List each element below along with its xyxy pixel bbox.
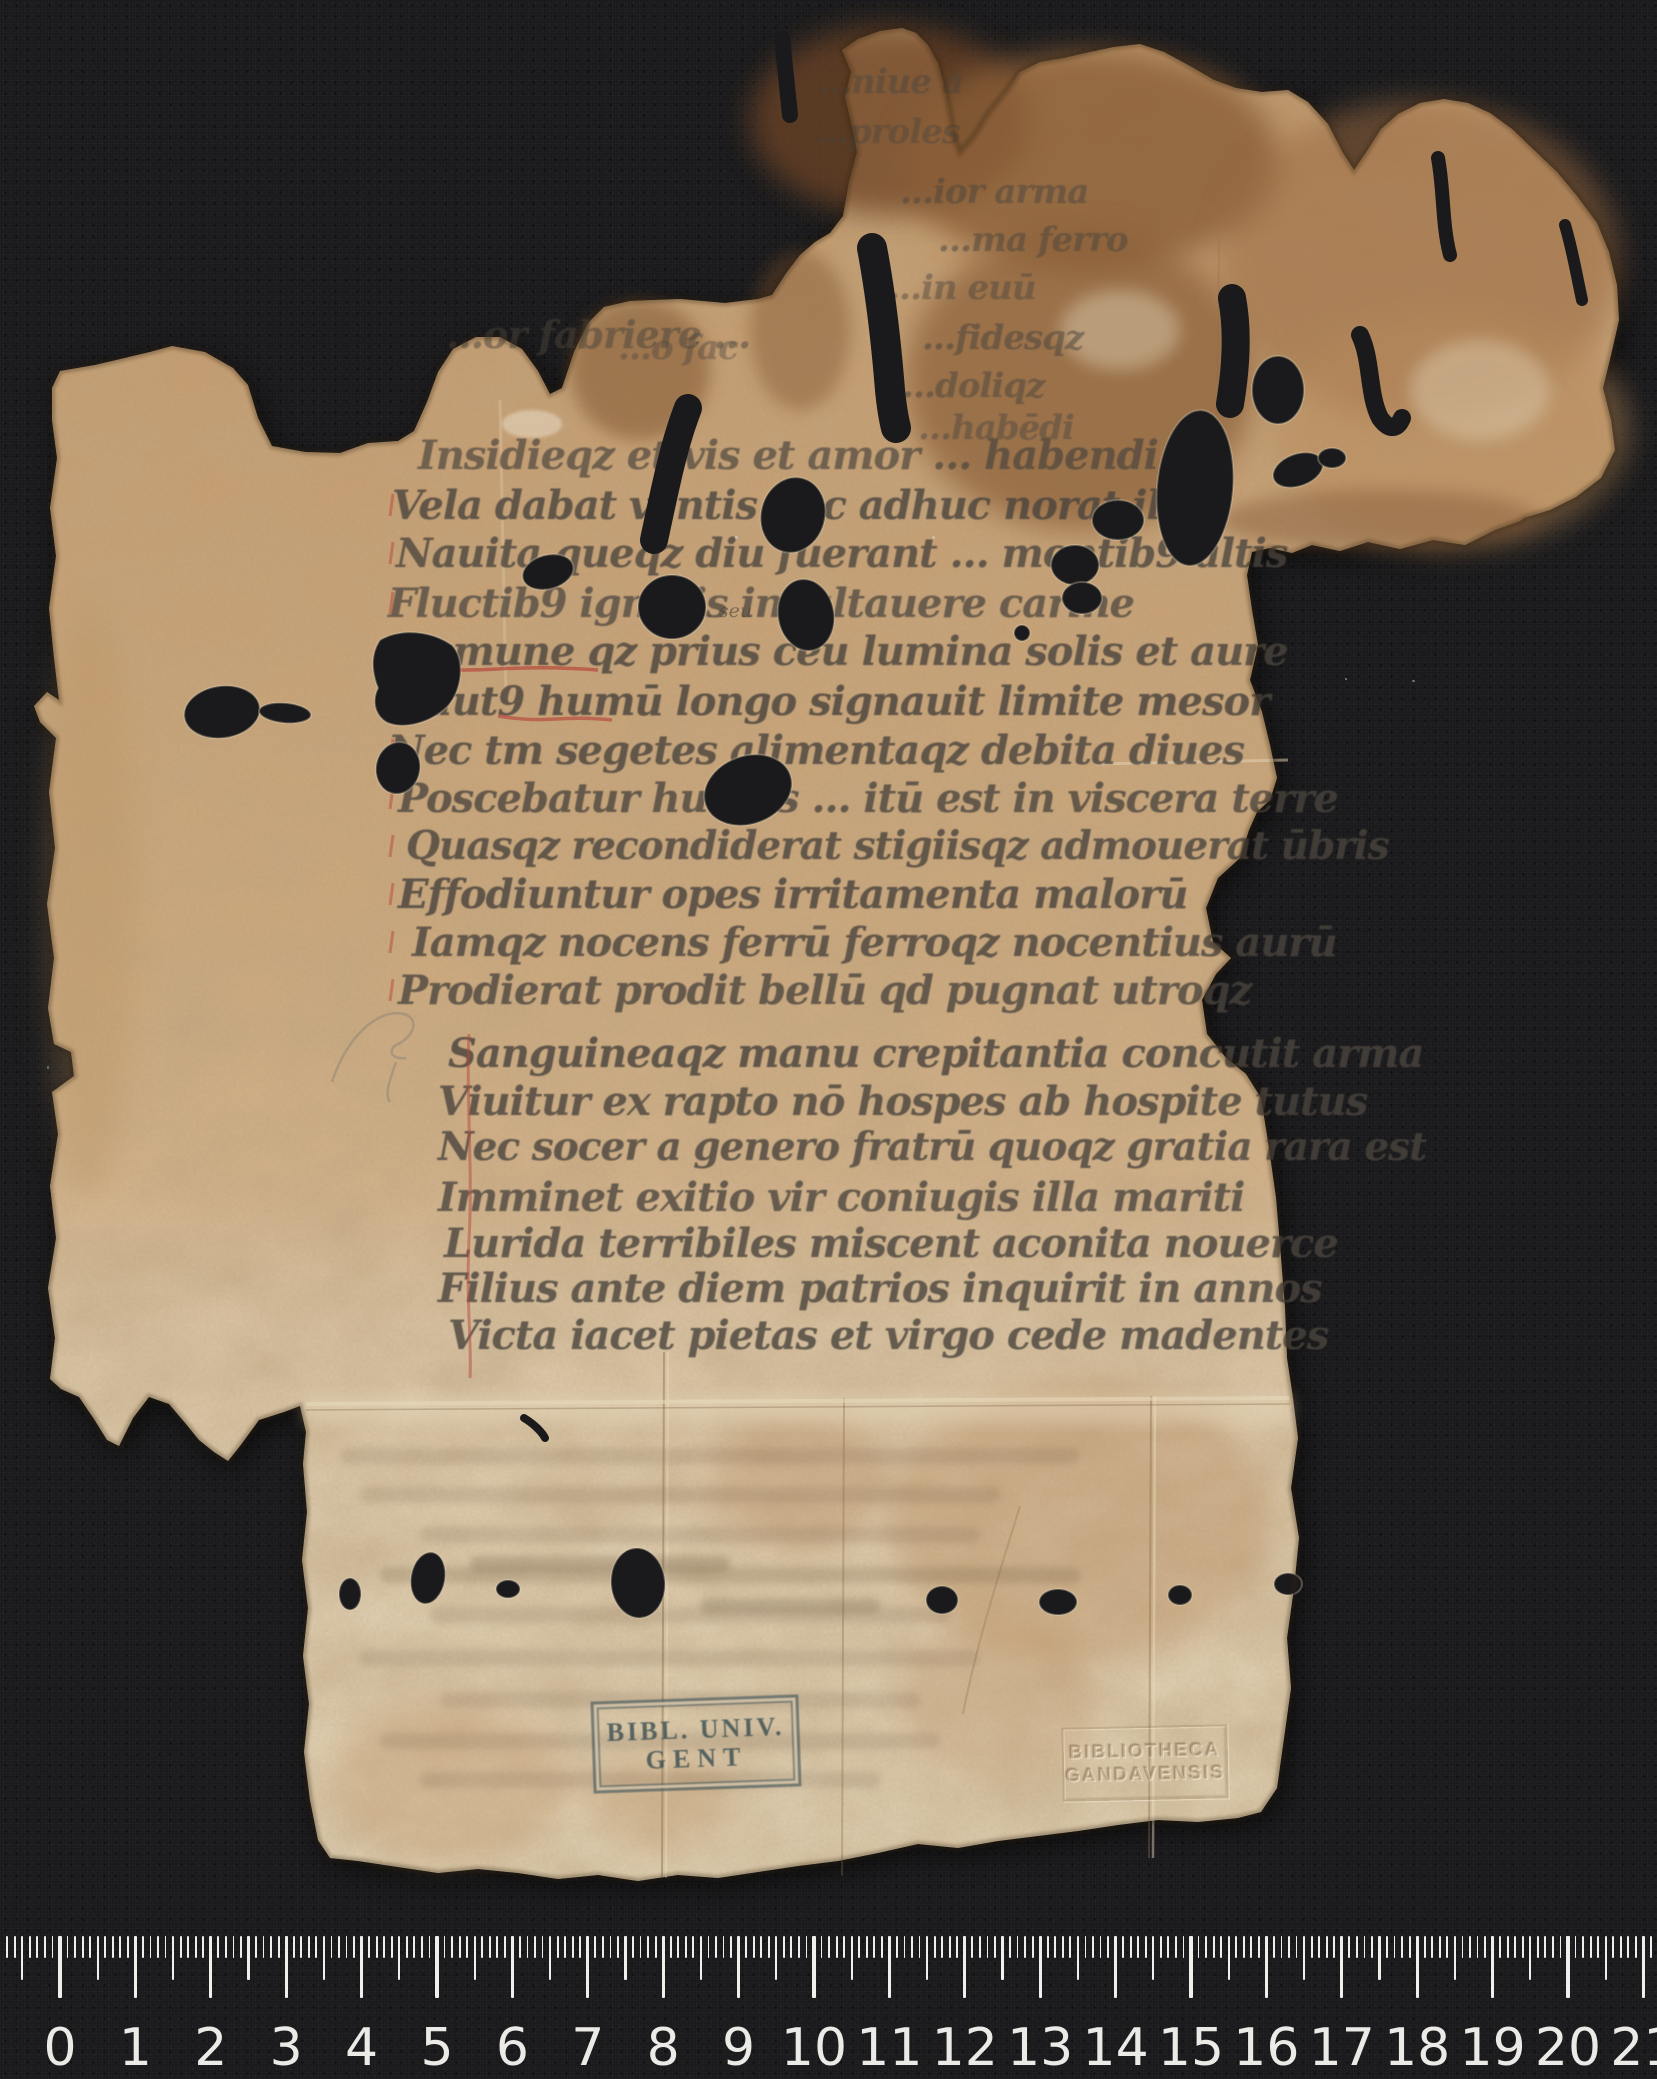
torn-edge-rim (34, 28, 1619, 1881)
ruler-tick (119, 1936, 121, 1958)
ruler-tick (685, 1936, 687, 1958)
ruler-tick (1145, 1936, 1147, 1958)
ruler-tick (594, 1936, 596, 1958)
ruler-tick (610, 1936, 612, 1958)
ruler-tick (812, 1936, 815, 1998)
ruler-tick (926, 1936, 928, 1980)
ruler-tick (157, 1936, 159, 1958)
ruler-tick (1348, 1936, 1350, 1958)
ruler-tick (202, 1936, 204, 1958)
ruler-tick (919, 1936, 921, 1958)
ruler-tick (888, 1936, 891, 1998)
dust-speck (47, 1066, 49, 1069)
ruler-tick (74, 1936, 76, 1958)
ruler-tick (1047, 1936, 1049, 1958)
ruler-tick (1273, 1936, 1275, 1958)
ruler-tick (677, 1936, 679, 1958)
ruler-tick (1462, 1936, 1464, 1958)
ruler-tick (1281, 1936, 1283, 1958)
ruler-tick (979, 1936, 981, 1958)
ruler-tick (775, 1936, 777, 1980)
ruler-tick (1303, 1936, 1305, 1980)
ruler-tick (1499, 1936, 1501, 1958)
ruler-tick (263, 1936, 265, 1958)
ruler-tick (451, 1936, 453, 1958)
ruler-tick (1288, 1936, 1290, 1958)
ruler-tick (1137, 1936, 1139, 1958)
damage-tears (524, 38, 1582, 1438)
ruler-tick (58, 1936, 61, 1998)
ruler-tick (89, 1936, 91, 1958)
ruler-tick (1477, 1936, 1479, 1958)
ruler-tick (753, 1936, 755, 1958)
ruler-tick (474, 1936, 476, 1980)
ruler-tick (270, 1936, 272, 1958)
ruler-tick (1378, 1936, 1380, 1980)
ruler-tick (1085, 1936, 1087, 1958)
ruler-tick (44, 1936, 46, 1958)
ruler-tick (655, 1936, 657, 1958)
ruler-tick (821, 1936, 823, 1958)
ruler-tick (1100, 1936, 1102, 1958)
ruler-tick (1107, 1936, 1109, 1958)
ruler-tick (300, 1936, 302, 1958)
ruler-tick (29, 1936, 31, 1958)
ruler-tick (195, 1936, 197, 1958)
ruler-tick (1152, 1936, 1154, 1980)
ruler-tick (586, 1936, 589, 1998)
ruler-tick (1650, 1936, 1652, 1958)
ruler-tick (368, 1936, 370, 1958)
ruler-tick (1198, 1936, 1200, 1958)
ruler-tick (1340, 1936, 1343, 1998)
ruler-tick (692, 1936, 694, 1958)
ruler-tick (783, 1936, 785, 1958)
ruler-tick (1597, 1936, 1599, 1958)
ruler-tick (836, 1936, 838, 1958)
ruler-tick (858, 1936, 860, 1958)
ruler-tick (1265, 1936, 1268, 1998)
ruler-tick (534, 1936, 536, 1958)
stamp-text-line: GENT (645, 1742, 748, 1775)
ruler-tick (376, 1936, 378, 1958)
ruler-tick (1205, 1936, 1207, 1958)
ruler-tick (798, 1936, 800, 1958)
ruler-tick (1017, 1936, 1019, 1958)
ruler-tick (828, 1936, 830, 1958)
ruler-tick (963, 1936, 966, 1998)
ruler-tick (579, 1936, 581, 1958)
ruler-tick (1311, 1936, 1313, 1958)
ruler-tick (1575, 1936, 1577, 1958)
ruler-tick (1446, 1936, 1448, 1958)
ruler-tick (956, 1936, 958, 1958)
ruler-tick (700, 1936, 702, 1980)
ruler-tick (1189, 1936, 1192, 1998)
ruler-tick (1642, 1936, 1645, 1998)
ruler-tick (14, 1936, 16, 1958)
ruler-tick (1612, 1936, 1614, 1958)
ruler-tick (346, 1936, 348, 1958)
ruler-tick (444, 1936, 446, 1958)
ruler-tick (1160, 1936, 1162, 1958)
ruler-tick (1356, 1936, 1358, 1958)
ruler-tick (1296, 1936, 1298, 1958)
ruler-tick (1092, 1936, 1094, 1958)
ruler-tick (338, 1936, 340, 1958)
dust-speck (1345, 678, 1347, 680)
ruler-tick (21, 1936, 23, 1980)
ruler-tick (760, 1936, 762, 1958)
ruler-tick (112, 1936, 114, 1958)
red-ink-marks (390, 494, 1056, 1602)
ruler-tick (1326, 1936, 1328, 1958)
ruler-tick (172, 1936, 174, 1980)
ruler-tick (1364, 1936, 1366, 1958)
blind-stamp-bibliotheca-gandavensis: BIBLIOTHECA GANDAVENSIS (1061, 1724, 1229, 1801)
stamp-text-line: BIBLIOTHECA (1069, 1738, 1221, 1764)
ruler-tick (1491, 1936, 1494, 1998)
ruler-tick (723, 1936, 725, 1958)
ruler-tick (1522, 1936, 1524, 1958)
ruler-tick (217, 1936, 219, 1958)
ruler-tick (1537, 1936, 1539, 1958)
ruler-tick (519, 1936, 521, 1958)
ruler-tick (1627, 1936, 1629, 1958)
ruler-tick (97, 1936, 99, 1980)
ruler-tick (602, 1936, 604, 1958)
ruler-tick (617, 1936, 619, 1958)
ruler-tick (504, 1936, 506, 1958)
damage-holes (181, 356, 1346, 1620)
ruler-tick (134, 1936, 137, 1998)
ruler-tick (1371, 1936, 1373, 1958)
ruler-tick (1213, 1936, 1215, 1958)
ruler-tick (1590, 1936, 1592, 1958)
ruler-tick (934, 1936, 936, 1958)
ruler-tick (1333, 1936, 1335, 1958)
ruler-tick (1175, 1936, 1177, 1958)
ruler-tick (549, 1936, 551, 1980)
ruler-tick (873, 1936, 875, 1958)
ruler-tick (572, 1936, 574, 1958)
ruler-tick (1130, 1936, 1132, 1958)
ruler-tick (127, 1936, 129, 1958)
dust-speck (735, 536, 738, 539)
ruler-tick (1243, 1936, 1245, 1958)
ruler-tick (233, 1936, 235, 1958)
ruler-tick (730, 1936, 732, 1958)
scan-viewport: …or fabriere …Insidieqz et vis et amor …… (0, 0, 1657, 2079)
ruler-tick (949, 1936, 951, 1958)
ruler-tick (670, 1936, 672, 1958)
ruler-tick (1069, 1936, 1071, 1958)
ruler-tick (308, 1936, 310, 1958)
ruler-tick (391, 1936, 393, 1958)
ruler-tick (1235, 1936, 1237, 1958)
ruler-tick (323, 1936, 325, 1980)
ruler-tick (459, 1936, 461, 1958)
ruler-tick (557, 1936, 559, 1958)
ruler-tick (1122, 1936, 1124, 1958)
ruler-tick (429, 1936, 431, 1958)
ruler-tick (1514, 1936, 1516, 1958)
stamp-text-line: GANDAVENSIS (1065, 1761, 1225, 1787)
ruler-tick (225, 1936, 227, 1958)
ruler-tick (1605, 1936, 1607, 1980)
dust-speck (1412, 680, 1415, 682)
ruler-tick (1220, 1936, 1222, 1958)
ruler-tick (866, 1936, 868, 1958)
dust-speck (932, 536, 935, 539)
ruler-tick (632, 1936, 634, 1958)
ruler-tick (1062, 1936, 1064, 1958)
ruler-tick (104, 1936, 106, 1958)
ruler-tick (67, 1936, 69, 1958)
ruler-tick (1469, 1936, 1471, 1958)
ruler-tick (1318, 1936, 1320, 1958)
ruler-tick (987, 1936, 989, 1958)
ruler-tick (247, 1936, 249, 1980)
ruler-tick (745, 1936, 747, 1958)
ruler-tick (715, 1936, 717, 1958)
ruler-tick (1454, 1936, 1456, 1980)
ruler-tick (1386, 1936, 1388, 1958)
ruler-tick (806, 1936, 808, 1958)
ruler-tick (1552, 1936, 1554, 1958)
ruler-tick (150, 1936, 152, 1958)
ruler-tick (1484, 1936, 1486, 1958)
ruler-tick (647, 1936, 649, 1958)
ruler-tick (1394, 1936, 1396, 1958)
ruler-tick (1039, 1936, 1042, 1998)
ruler-tick (737, 1936, 740, 1998)
ruler-tick (36, 1936, 38, 1958)
ruler-tick (1409, 1936, 1411, 1958)
ruler-tick (896, 1936, 898, 1958)
ruler-tick (360, 1936, 363, 1998)
ruler-tick (1401, 1936, 1403, 1958)
library-stamp-bibl-univ-gent: BIBL. UNIV. GENT (590, 1694, 801, 1793)
ruler-tick (1582, 1936, 1584, 1958)
ruler-tick (187, 1936, 189, 1958)
ruler-tick (904, 1936, 906, 1958)
ruler-tick (413, 1936, 415, 1958)
ruler-tick (496, 1936, 498, 1958)
ruler-tick (383, 1936, 385, 1958)
ruler-tick (768, 1936, 770, 1958)
ruler-tick (881, 1936, 883, 1958)
ruler-tick (142, 1936, 144, 1958)
ruler-tick (489, 1936, 491, 1958)
ruler-tick (1032, 1936, 1034, 1958)
measurement-ruler: 0123456789101112131415161718192021 (0, 1936, 1657, 2079)
ruler-tick (293, 1936, 295, 1958)
ruler-tick (1560, 1936, 1562, 1958)
ruler-tick (1001, 1936, 1003, 1980)
ruler-tick (481, 1936, 483, 1958)
ruler-tick (209, 1936, 212, 1998)
ruler-tick (1416, 1936, 1419, 1998)
ruler-tick (278, 1936, 280, 1958)
ruler-tick (1183, 1936, 1185, 1958)
ruler-tick (285, 1936, 288, 1998)
ruler-tick (624, 1936, 626, 1980)
ruler-tick (662, 1936, 665, 1998)
ruler-tick (994, 1936, 996, 1958)
ruler-tick (1167, 1936, 1169, 1958)
ruler-tick (353, 1936, 355, 1958)
ruler-tick (240, 1936, 242, 1958)
ruler-tick (1228, 1936, 1230, 1980)
ruler-tick (1024, 1936, 1026, 1958)
stamp-text-line: BIBL. UNIV. (606, 1712, 785, 1747)
ruler-tick (1620, 1936, 1622, 1958)
ruler-tick (82, 1936, 84, 1958)
ruler-tick (1258, 1936, 1260, 1958)
ruler-tick (911, 1936, 913, 1958)
ruler-tick (1431, 1936, 1433, 1958)
ruler-tick (527, 1936, 529, 1958)
ruler-tick (1114, 1936, 1117, 1998)
ruler-tick (435, 1936, 438, 1998)
ruler-label: 21 (1595, 2018, 1657, 2078)
ruler-tick (1507, 1936, 1509, 1958)
ruler-tick (1009, 1936, 1011, 1958)
ruler-tick (466, 1936, 468, 1958)
ruler-tick (1544, 1936, 1546, 1958)
ruler-tick (843, 1936, 845, 1958)
ruler-tick (398, 1936, 400, 1980)
ruler-tick (708, 1936, 710, 1958)
ruler-tick (1566, 1936, 1569, 1998)
ruler-tick (564, 1936, 566, 1958)
ruler-tick (331, 1936, 333, 1958)
ruler-tick (1054, 1936, 1056, 1958)
ruler-tick (421, 1936, 423, 1958)
ruler-tick (255, 1936, 257, 1958)
ruler-tick (180, 1936, 182, 1958)
ruler-tick (1529, 1936, 1531, 1980)
ruler-tick (640, 1936, 642, 1958)
damage-and-ink-marks-layer (0, 0, 1657, 2079)
ruler-tick (1077, 1936, 1079, 1980)
ruler-tick (6, 1936, 8, 1958)
ruler-tick (406, 1936, 408, 1958)
ruler-tick (941, 1936, 943, 1958)
ruler-tick (542, 1936, 544, 1958)
ruler-tick (315, 1936, 317, 1958)
ruler-tick (52, 1936, 54, 1958)
ruler-tick (790, 1936, 792, 1958)
ruler-tick (1250, 1936, 1252, 1958)
ruler-tick (1439, 1936, 1441, 1958)
ruler-tick (851, 1936, 853, 1980)
ruler-tick (511, 1936, 514, 1998)
ruler-tick (971, 1936, 973, 1958)
ruler-tick (165, 1936, 167, 1958)
ruler-tick (1424, 1936, 1426, 1958)
ruler-tick (1635, 1936, 1637, 1958)
